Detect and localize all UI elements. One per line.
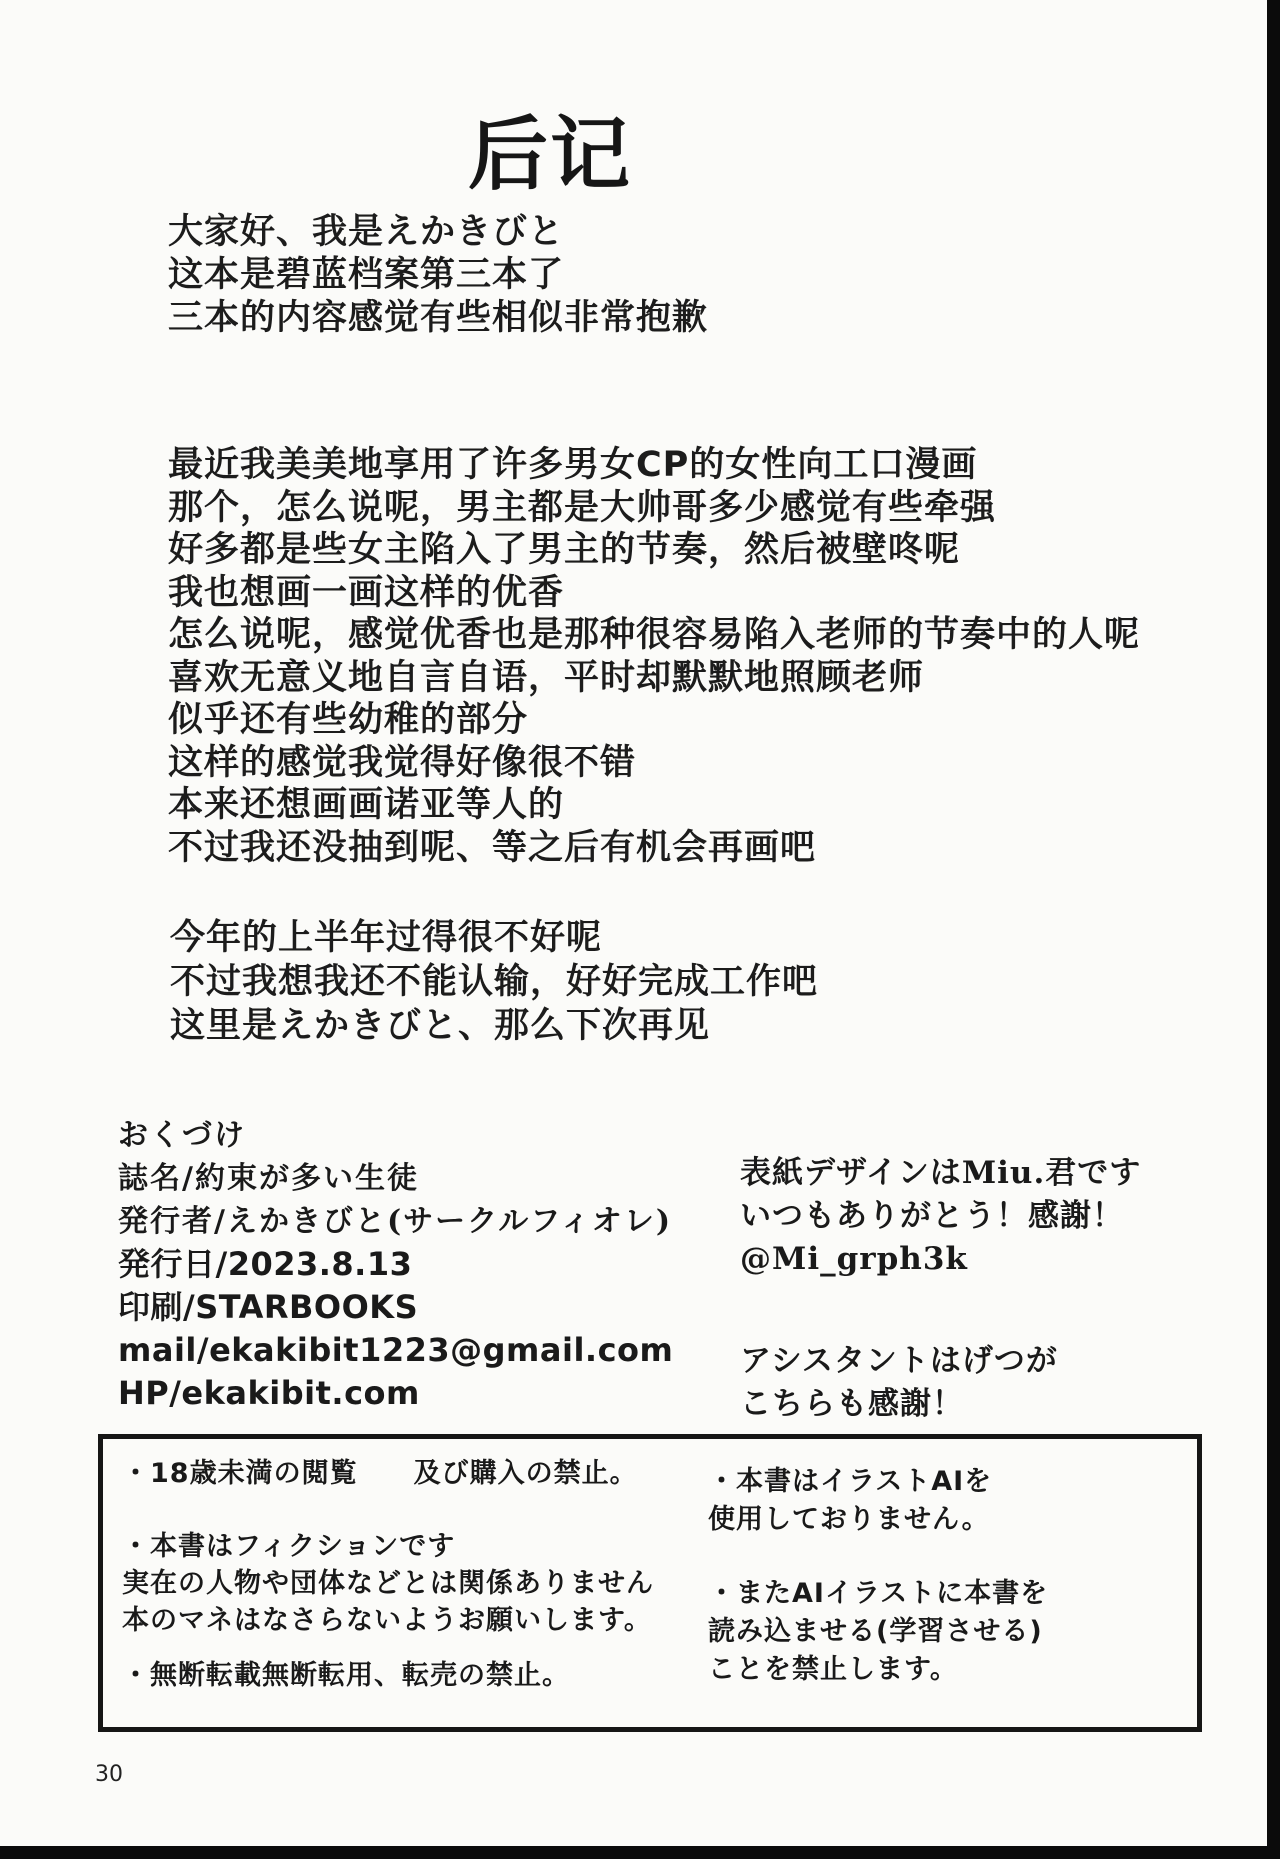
credit-line: アシスタントはげつが	[740, 1340, 1058, 1383]
disclaimer-line: 実在の人物や団体などとは関係ありません	[122, 1565, 654, 1602]
disclaimer-line: 使用しておりません。	[708, 1501, 992, 1539]
colophon-email: mail/ekakibit1223@gmail.com	[118, 1329, 673, 1372]
disclaimer-line: ・本書はフィクションです	[122, 1528, 654, 1565]
disclaimer-line: ・18歳未満の閲覧 及び購入の禁止。	[122, 1455, 638, 1492]
page-number: 30	[95, 1762, 123, 1787]
afterword-line: 这里是えかきびと、那么下次再见	[170, 1004, 818, 1048]
disclaimer-line: 本のマネはなさらないようお願いします。	[122, 1602, 654, 1639]
afterword-paragraph-2: 最近我美美地享用了许多男女CP的女性向工口漫画 那个，怎么说呢，男主都是大帅哥多…	[168, 444, 1140, 869]
afterword-line: 好多都是些女主陷入了男主的节奏，然后被壁咚呢	[168, 529, 1140, 572]
afterword-paragraph-3: 今年的上半年过得很不好呢 不过我想我还不能认输，好好完成工作吧 这里是えかきびと…	[170, 916, 818, 1048]
afterword-line: 怎么说呢，感觉优香也是那种很容易陷入老师的节奏中的人呢	[168, 614, 1140, 657]
disclaimer-line: ことを禁止します。	[708, 1651, 1048, 1689]
afterword-paragraph-1: 大家好、我是えかきびと 这本是碧蓝档案第三本了 三本的内容感觉有些相似非常抱歉	[168, 211, 708, 340]
credit-line: こちらも感謝！	[740, 1383, 1058, 1426]
afterword-line: 大家好、我是えかきびと	[168, 211, 708, 254]
afterword-line: 今年的上半年过得很不好呢	[170, 916, 818, 960]
afterword-line: 这样的感觉我觉得好像很不错	[168, 742, 1140, 785]
disclaimer-line: ・またAIイラストに本書を	[708, 1575, 1048, 1613]
colophon-publish-date: 発行日/2023.8.13	[118, 1243, 673, 1286]
credit-handle: @Mi_grph3k	[740, 1238, 1141, 1281]
assistant-credit: アシスタントはげつが こちらも感謝！	[740, 1340, 1058, 1426]
cover-design-credit: 表紙デザインはMiu.君です いつもありがとう！感謝！ @Mi_grph3k	[740, 1152, 1141, 1281]
afterword-line: 喜欢无意义地自言自语，平时却默默地照顾老师	[168, 657, 1140, 700]
afterword-line: 最近我美美地享用了许多男女CP的女性向工口漫画	[168, 444, 1140, 487]
colophon-homepage: HP/ekakibit.com	[118, 1372, 673, 1415]
afterword-page: 后记 大家好、我是えかきびと 这本是碧蓝档案第三本了 三本的内容感觉有些相似非常…	[0, 0, 1280, 1859]
colophon-printer: 印刷/STARBOOKS	[118, 1286, 673, 1329]
credit-line: いつもありがとう！感謝！	[740, 1195, 1141, 1238]
disclaimer-line: ・本書はイラストAIを	[708, 1463, 992, 1501]
afterword-line: 三本的内容感觉有些相似非常抱歉	[168, 297, 708, 340]
afterword-line: 不过我还没抽到呢、等之后有机会再画吧	[168, 827, 1140, 870]
colophon: おくづけ 誌名/約束が多い生徒 発行者/えかきびと(サークルフィオレ) 発行日/…	[118, 1114, 673, 1415]
afterword-line: 我也想画一画这样的优香	[168, 572, 1140, 615]
disclaimer-line: ・無断転載無断転用、転売の禁止。	[122, 1657, 570, 1694]
afterword-line: 这本是碧蓝档案第三本了	[168, 254, 708, 297]
disclaimer-fiction-notice: ・本書はフィクションです 実在の人物や団体などとは関係ありません 本のマネはなさ…	[122, 1528, 654, 1639]
disclaimer-no-ai-used: ・本書はイラストAIを 使用しておりません。	[708, 1463, 992, 1539]
scan-edge-bottom-strip	[0, 1846, 1280, 1859]
scan-edge-right-strip	[1267, 0, 1280, 1859]
colophon-publisher: 発行者/えかきびと(サークルフィオレ)	[118, 1200, 673, 1243]
colophon-heading: おくづけ	[118, 1114, 673, 1157]
disclaimer-no-reprint: ・無断転載無断転用、転売の禁止。	[122, 1657, 570, 1694]
afterword-line: 那个，怎么说呢，男主都是大帅哥多少感觉有些牵强	[168, 487, 1140, 530]
disclaimer-no-ai-training: ・またAIイラストに本書を 読み込ませる(学習させる) ことを禁止します。	[708, 1575, 1048, 1689]
afterword-line: 本来还想画画诺亚等人的	[168, 784, 1140, 827]
disclaimer-age-restriction: ・18歳未満の閲覧 及び購入の禁止。	[122, 1455, 638, 1492]
credit-line: 表紙デザインはMiu.君です	[740, 1152, 1141, 1195]
page-title: 后记	[385, 100, 715, 210]
afterword-line: 不过我想我还不能认输，好好完成工作吧	[170, 960, 818, 1004]
disclaimer-line: 読み込ませる(学習させる)	[708, 1613, 1048, 1651]
colophon-book-title: 誌名/約束が多い生徒	[118, 1157, 673, 1200]
afterword-line: 似乎还有些幼稚的部分	[168, 699, 1140, 742]
